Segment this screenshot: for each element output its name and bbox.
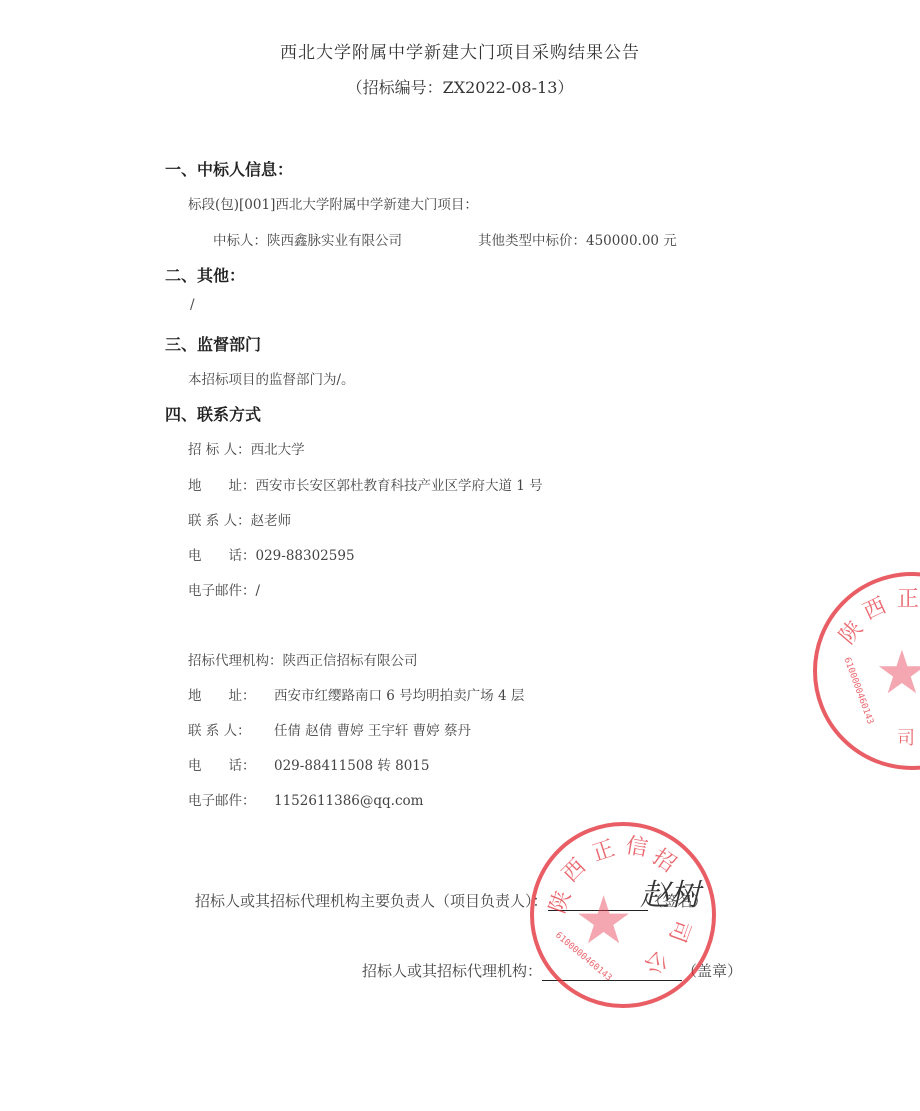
agency-name-value: 陕西正信招标有限公司 — [283, 653, 418, 669]
agency-phone-row: 电 话：029-88411508 转 8015 — [188, 754, 429, 774]
winner-value: 陕西鑫脉实业有限公司 — [267, 233, 402, 249]
seal-number: 6100000460143 — [841, 656, 874, 726]
tenderer-email-row: 电子邮件：/ — [188, 579, 260, 599]
seal-char: 西 — [857, 589, 890, 626]
tenderer-phone-label: 电 话： — [188, 548, 256, 564]
tenderer-phone-row: 电 话：029-88302595 — [188, 544, 355, 564]
tenderer-email-label: 电子邮件： — [188, 583, 256, 599]
agency-address-value: 西安市红缨路南口 6 号均明拍卖广场 4 层 — [274, 688, 524, 704]
seal-char: 陕 — [831, 613, 869, 650]
tenderer-address-value: 西安市长安区郭杜教育科技产业区学府大道 1 号 — [256, 478, 543, 494]
tenderer-phone-value: 029-88302595 — [256, 548, 355, 564]
agency-name-label: 招标代理机构： — [188, 653, 283, 669]
other-content: / — [190, 297, 195, 313]
org-label: 招标人或其招标代理机构： — [362, 962, 542, 980]
tenderer-name-row: 招 标 人：西北大学 — [188, 438, 305, 458]
seal-char: 司 — [663, 916, 700, 947]
tenderer-address-row: 地 址：西安市长安区郭杜教育科技产业区学府大道 1 号 — [188, 474, 543, 494]
official-seal-side: 陕 西 正 ★ 司 6100000460143 — [813, 572, 920, 770]
seal-char: 正 — [897, 582, 919, 613]
tenderer-name-label: 招 标 人： — [188, 442, 251, 458]
official-seal-main: 陕 西 正 信 招 司 公 ★ 6100000460143 — [530, 822, 716, 1008]
star-icon: ★ — [574, 882, 633, 959]
tenderer-name-value: 西北大学 — [251, 442, 305, 458]
tenderer-contact-row: 联 系 人：赵老师 — [188, 509, 291, 529]
agency-contact-label: 联 系 人： — [188, 719, 274, 739]
price-row: 其他类型中标价：450000.00 元 — [478, 229, 677, 249]
section-contact-heading: 四、联系方式 — [165, 402, 261, 425]
responsible-label: 招标人或其招标代理机构主要负责人（项目负责人）： — [195, 892, 548, 910]
document-title: 西北大学附属中学新建大门项目采购结果公告 — [0, 38, 920, 63]
tenderer-address-label: 地 址： — [188, 478, 256, 494]
document-subtitle: （招标编号：ZX2022-08-13） — [0, 75, 920, 98]
agency-phone-value: 029-88411508 转 8015 — [274, 758, 429, 774]
lot-description: 标段(包)[001]西北大学附属中学新建大门项目： — [188, 193, 478, 213]
agency-contact-row: 联 系 人：任倩 赵倩 曹婷 王宇轩 曹婷 蔡丹 — [188, 719, 471, 739]
agency-contact-value: 任倩 赵倩 曹婷 王宇轩 曹婷 蔡丹 — [274, 723, 471, 739]
price-label: 其他类型中标价： — [478, 233, 586, 249]
tenderer-contact-label: 联 系 人： — [188, 513, 251, 529]
supervision-content: 本招标项目的监督部门为/。 — [188, 368, 355, 388]
tenderer-contact-value: 赵老师 — [251, 513, 292, 529]
seal-char: 陕 — [541, 886, 578, 917]
agency-address-label: 地 址： — [188, 684, 274, 704]
star-icon: ★ — [875, 638, 920, 708]
winner-row: 中标人：陕西鑫脉实业有限公司 — [213, 229, 402, 249]
seal-char: 司 — [897, 724, 915, 750]
section-winner-heading: 一、中标人信息： — [165, 157, 293, 180]
price-value: 450000.00 元 — [586, 233, 677, 249]
agency-email-row: 电子邮件：1152611386@qq.com — [188, 789, 423, 809]
agency-email-label: 电子邮件： — [188, 789, 274, 809]
agency-name-row: 招标代理机构：陕西正信招标有限公司 — [188, 649, 418, 669]
tenderer-email-value: / — [256, 583, 261, 599]
handwritten-signature: 赵树 — [640, 870, 700, 914]
agency-email-value: 1152611386@qq.com — [274, 793, 423, 809]
seal-char: 公 — [639, 945, 676, 983]
agency-phone-label: 电 话： — [188, 754, 274, 774]
seal-char: 信 — [623, 828, 650, 862]
section-other-heading: 二、其他： — [165, 263, 245, 286]
section-supervision-heading: 三、监督部门 — [165, 332, 261, 355]
winner-label: 中标人： — [213, 233, 267, 249]
seal-char: 正 — [588, 831, 619, 867]
agency-address-row: 地 址：西安市红缨路南口 6 号均明拍卖广场 4 层 — [188, 684, 524, 704]
